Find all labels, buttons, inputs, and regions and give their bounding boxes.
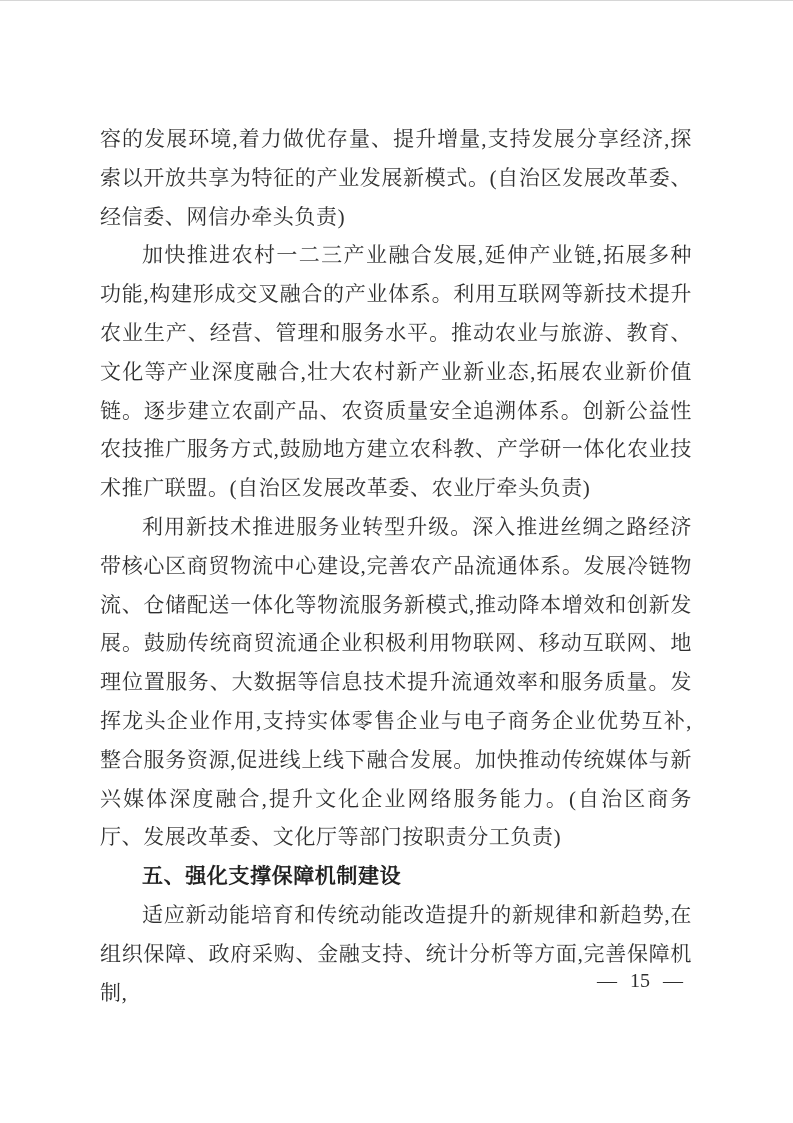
page-number-value: 15 [630,970,650,993]
body-paragraph: 加快推进农村一二三产业融合发展,延伸产业链,拓展多种功能,构建形成交叉融合的产业… [100,236,692,508]
body-paragraph: 利用新技术推进服务业转型升级。深入推进丝绸之路经济带核心区商贸物流中心建设,完善… [100,508,692,857]
body-paragraph: 适应新动能培育和传统动能改造提升的新规律和新趋势,在组织保障、政府采购、金融支持… [100,896,692,1012]
page-number-dash-right: — [663,970,683,993]
section-heading: 五、强化支撑保障机制建设 [100,857,692,896]
document-body: 容的发展环境,着力做优存量、提升增量,支持发展分享经济,探索以开放共享为特征的产… [100,120,692,1012]
document-page: 容的发展环境,着力做优存量、提升增量,支持发展分享经济,探索以开放共享为特征的产… [0,0,793,1123]
body-paragraph-continued: 容的发展环境,着力做优存量、提升增量,支持发展分享经济,探索以开放共享为特征的产… [100,120,692,236]
page-number: — 15 — [597,970,683,993]
page-number-dash-left: — [597,970,617,993]
